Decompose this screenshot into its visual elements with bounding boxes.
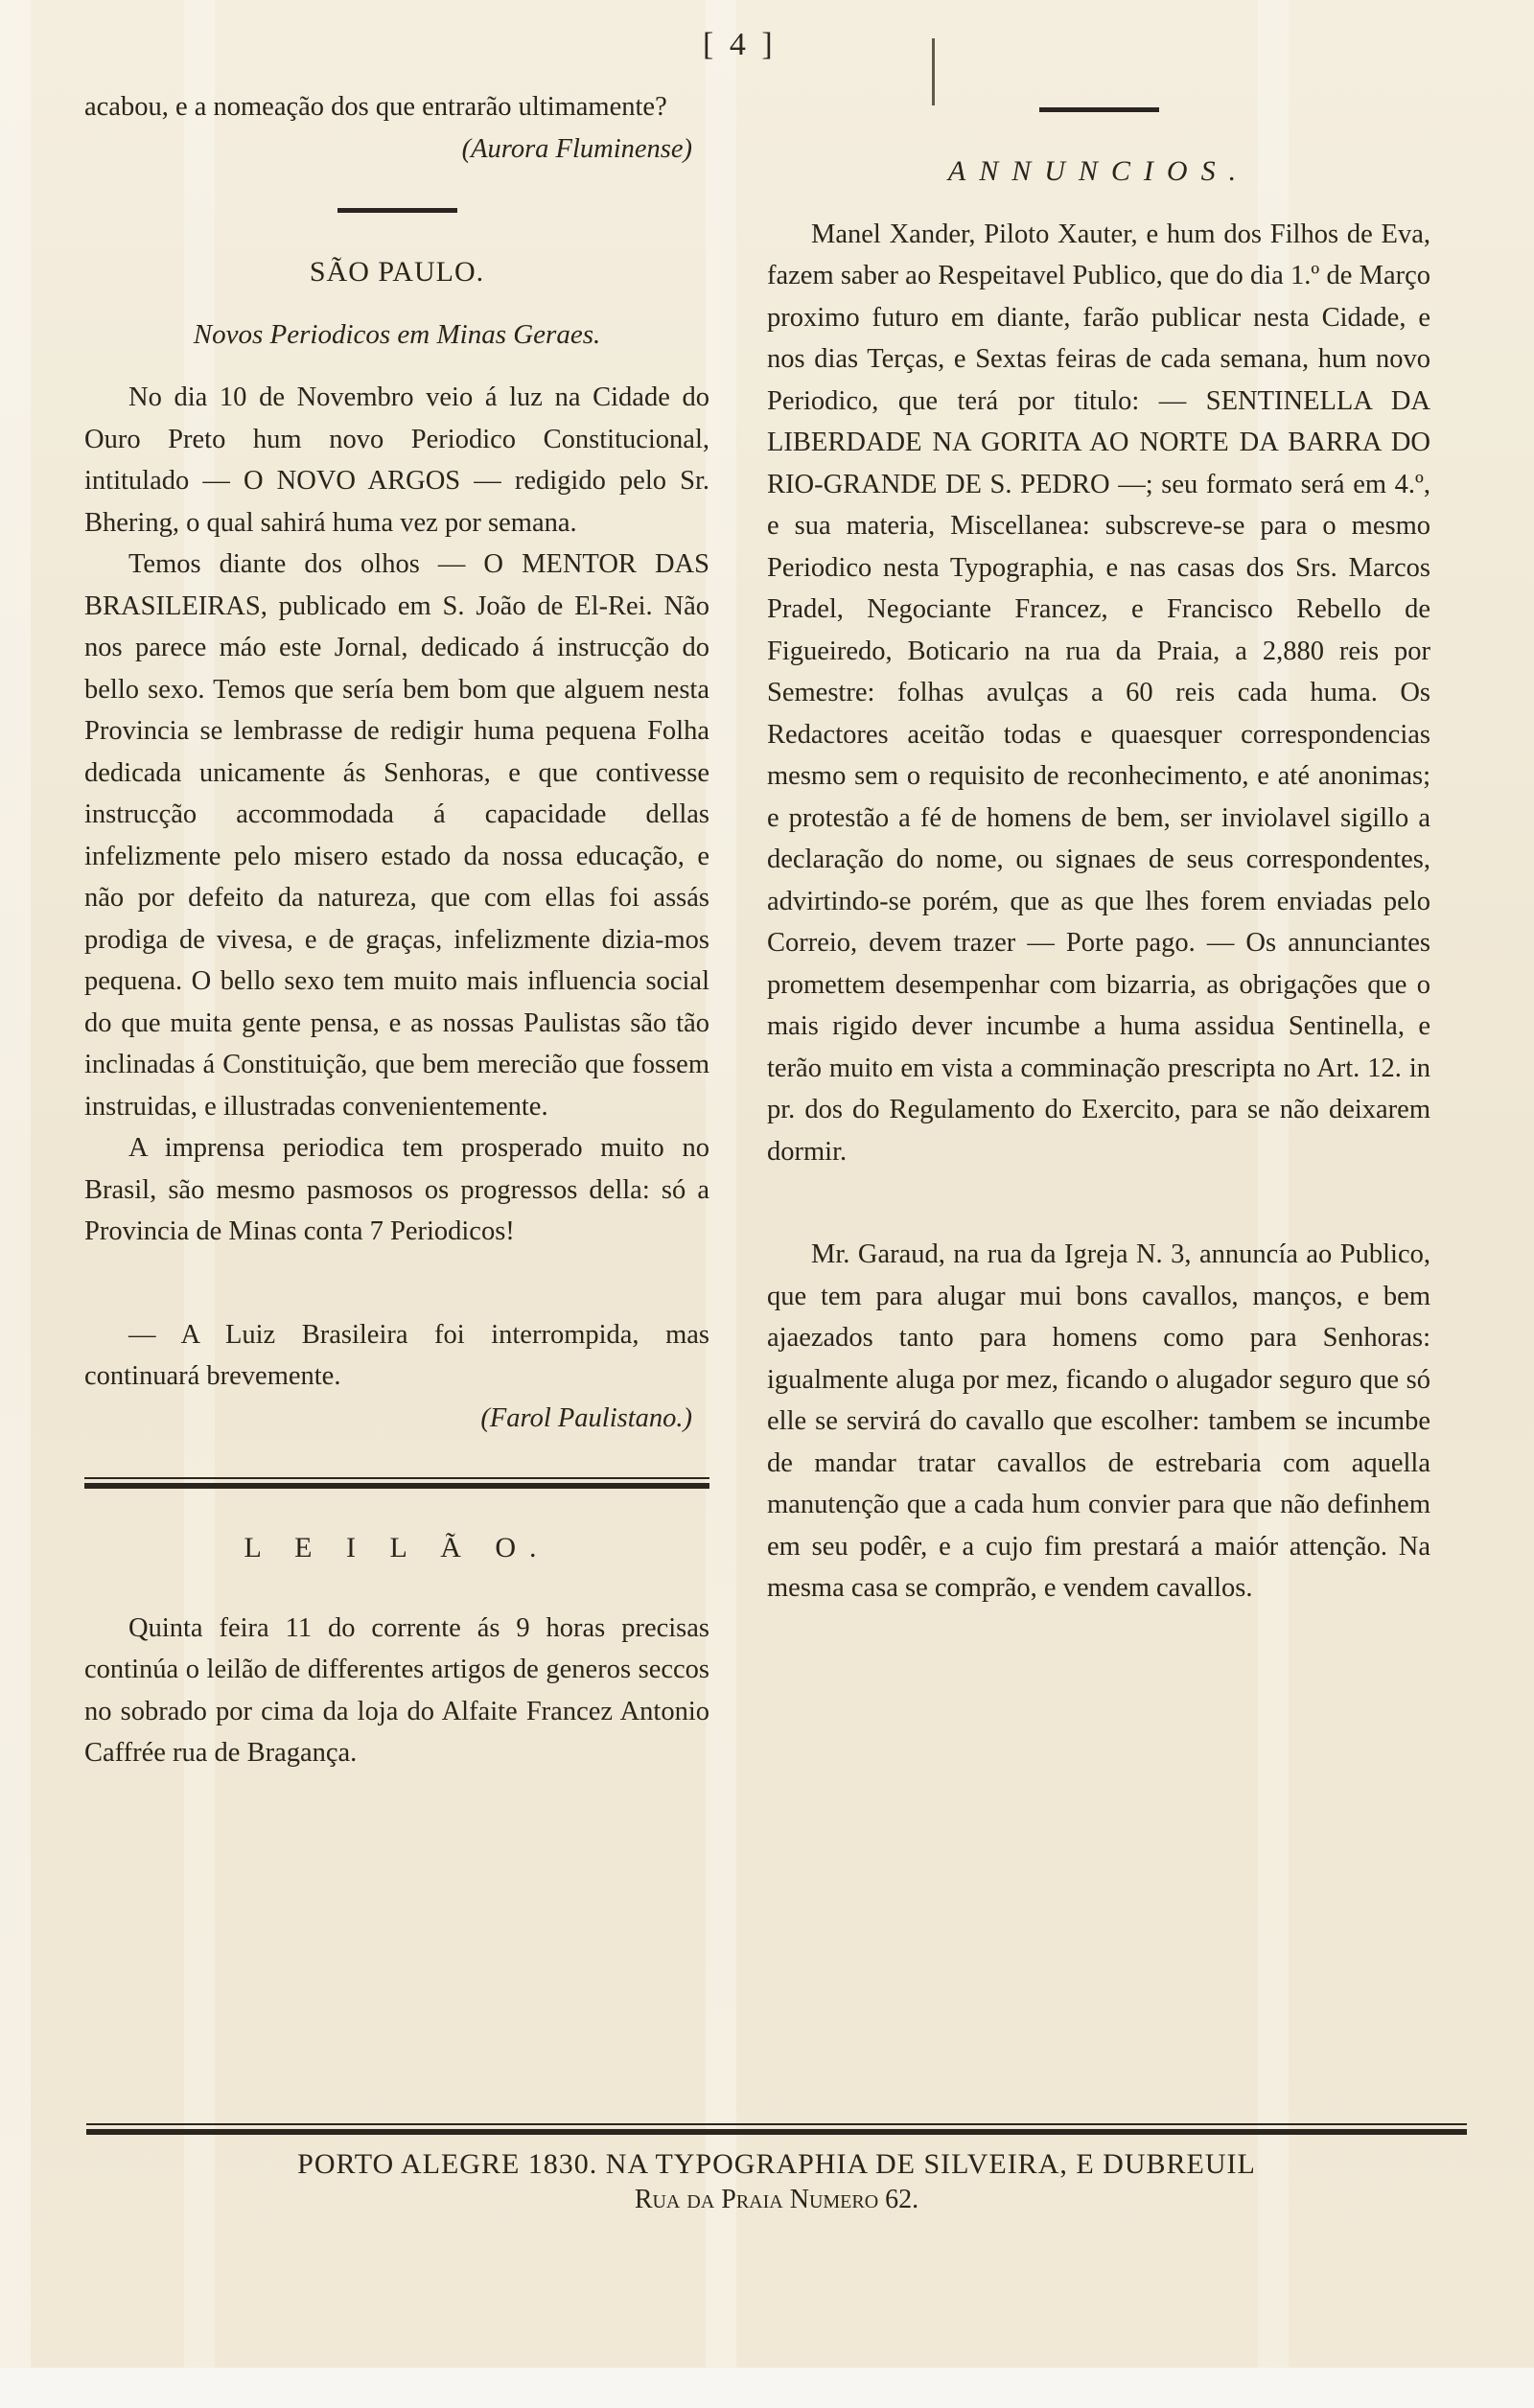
paragraph: — A Luiz Brasileira foi interrompida, ma… (84, 1314, 709, 1398)
section-title-annuncios: ANNUNCIOS. (767, 150, 1430, 193)
right-column: ANNUNCIOS. Manel Xander, Piloto Xauter, … (767, 86, 1430, 1609)
section-subtitle: Novos Periodicos em Minas Geraes. (84, 314, 709, 357)
paragraph: No dia 10 de Novembro veio á luz na Cida… (84, 377, 709, 544)
section-title-leilao: L E I L Ã O. (84, 1527, 709, 1569)
advertisement: Mr. Garaud, na rua da Igreja N. 3, annun… (767, 1234, 1430, 1609)
imprint-line: PORTO ALEGRE 1830. NA TYPOGRAPHIA DE SIL… (86, 2148, 1467, 2181)
imprint-address: Rua da Praia Numero 62. (86, 2185, 1467, 2215)
imprint-footer: PORTO ALEGRE 1830. NA TYPOGRAPHIA DE SIL… (86, 2123, 1467, 2215)
continuation-source: (Aurora Fluminense) (84, 128, 709, 171)
left-column: acabou, e a nomeação dos que entrarão ul… (84, 86, 709, 1774)
paragraph: Temos diante dos olhos — O MENTOR DAS BR… (84, 544, 709, 1127)
paragraph: A imprensa periodica tem prosperado muit… (84, 1127, 709, 1253)
page-number: [ 4 ] (703, 27, 777, 63)
section-title-sao-paulo: SÃO PAULO. (84, 251, 709, 293)
paragraph: Quinta feira 11 do corrente ás 9 horas p… (84, 1608, 709, 1774)
section-double-rule (84, 1477, 709, 1489)
continuation-text: acabou, e a nomeação dos que entrarão ul… (84, 86, 709, 128)
advertisement: Manel Xander, Piloto Xauter, e hum dos F… (767, 214, 1430, 1173)
footer-double-rule (86, 2123, 1467, 2135)
article-source: (Farol Paulistano.) (84, 1398, 709, 1440)
scan-margin (0, 2368, 1534, 2408)
